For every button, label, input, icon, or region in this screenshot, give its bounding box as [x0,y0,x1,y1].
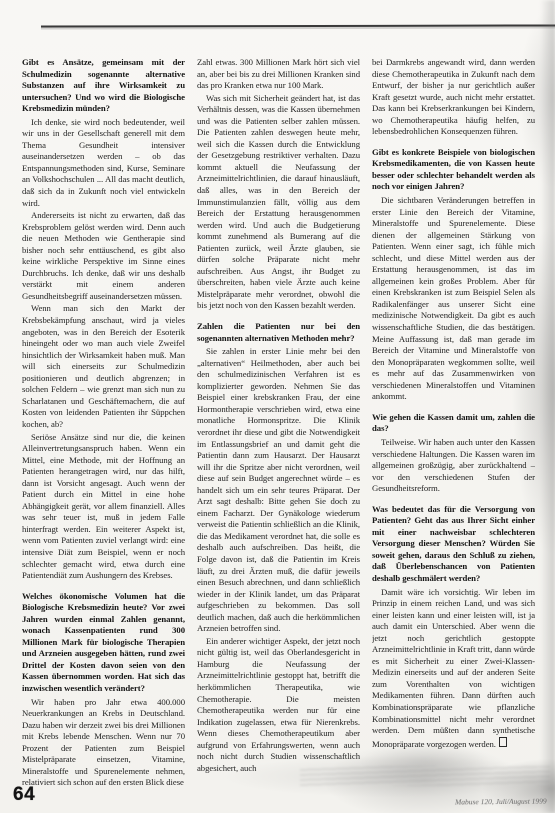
interview-question: Was bedeutet das für die Versorgung von … [372,504,535,585]
scan-edge-shadow [540,0,555,813]
interview-answer: Was sich mit Sicherheit geändert hat, is… [197,93,360,312]
scanned-magazine-page: Gibt es Ansätze, gemeinsam mit der Schul… [0,0,555,813]
interview-question: Zahlen die Patienten nur bei den sogenan… [197,321,360,344]
column-3: bei Darmkrebs angewandt wird, dann werde… [372,57,535,805]
interview-answer: Ich denke, sie wird noch bedeutender, we… [22,117,185,209]
interview-answer: Ein anderer wichtiger Aspekt, der jetzt … [197,636,360,775]
column-2: Zahl etwas. 300 Millionen Mark hört sich… [197,57,360,805]
interview-answer: Seriöse Ansätze sind nur die, die keinen… [22,432,185,582]
answer-continuation: bei Darmkrebs angewandt wird, dann werde… [372,57,535,138]
journal-footer: Mabuse 120, Juli/August 1999 [455,797,547,807]
interview-answer: Wir haben pro Jahr etwa 400.000 Neuerkra… [22,697,185,789]
interview-question: Gibt es Ansätze, gemeinsam mit der Schul… [22,57,185,115]
interview-question: Welches ökonomische Volumen hat die Biol… [22,591,185,695]
interview-answer: Wenn man sich den Markt der Krebsbekämpf… [22,303,185,430]
interview-answer: Die sichtbaren Veränderungen betreffen i… [372,195,535,403]
page-number: 64 [13,784,35,806]
interview-answer: Sie zahlen in erster Linie mehr bei den … [197,346,360,635]
column-1: Gibt es Ansätze, gemeinsam mit der Schul… [22,57,185,805]
answer-text: Damit wäre ich vorsichtig. Wir leben im … [372,587,535,749]
interview-question: Gibt es konkrete Beispiele von biologisc… [372,147,535,193]
interview-answer: Damit wäre ich vorsichtig. Wir leben im … [372,587,535,751]
article-columns: Gibt es Ansätze, gemeinsam mit der Schul… [22,57,536,805]
interview-question: Wie gehen die Kassen damit um, zahlen di… [372,412,535,435]
end-of-article-mark [499,737,507,747]
answer-continuation: Zahl etwas. 300 Millionen Mark hört sich… [197,57,360,92]
interview-answer: Teilweise. Wir haben auch unter den Kass… [372,437,535,495]
top-rule [41,24,555,27]
interview-answer: Andererseits ist nicht zu erwarten, daß … [22,210,185,302]
